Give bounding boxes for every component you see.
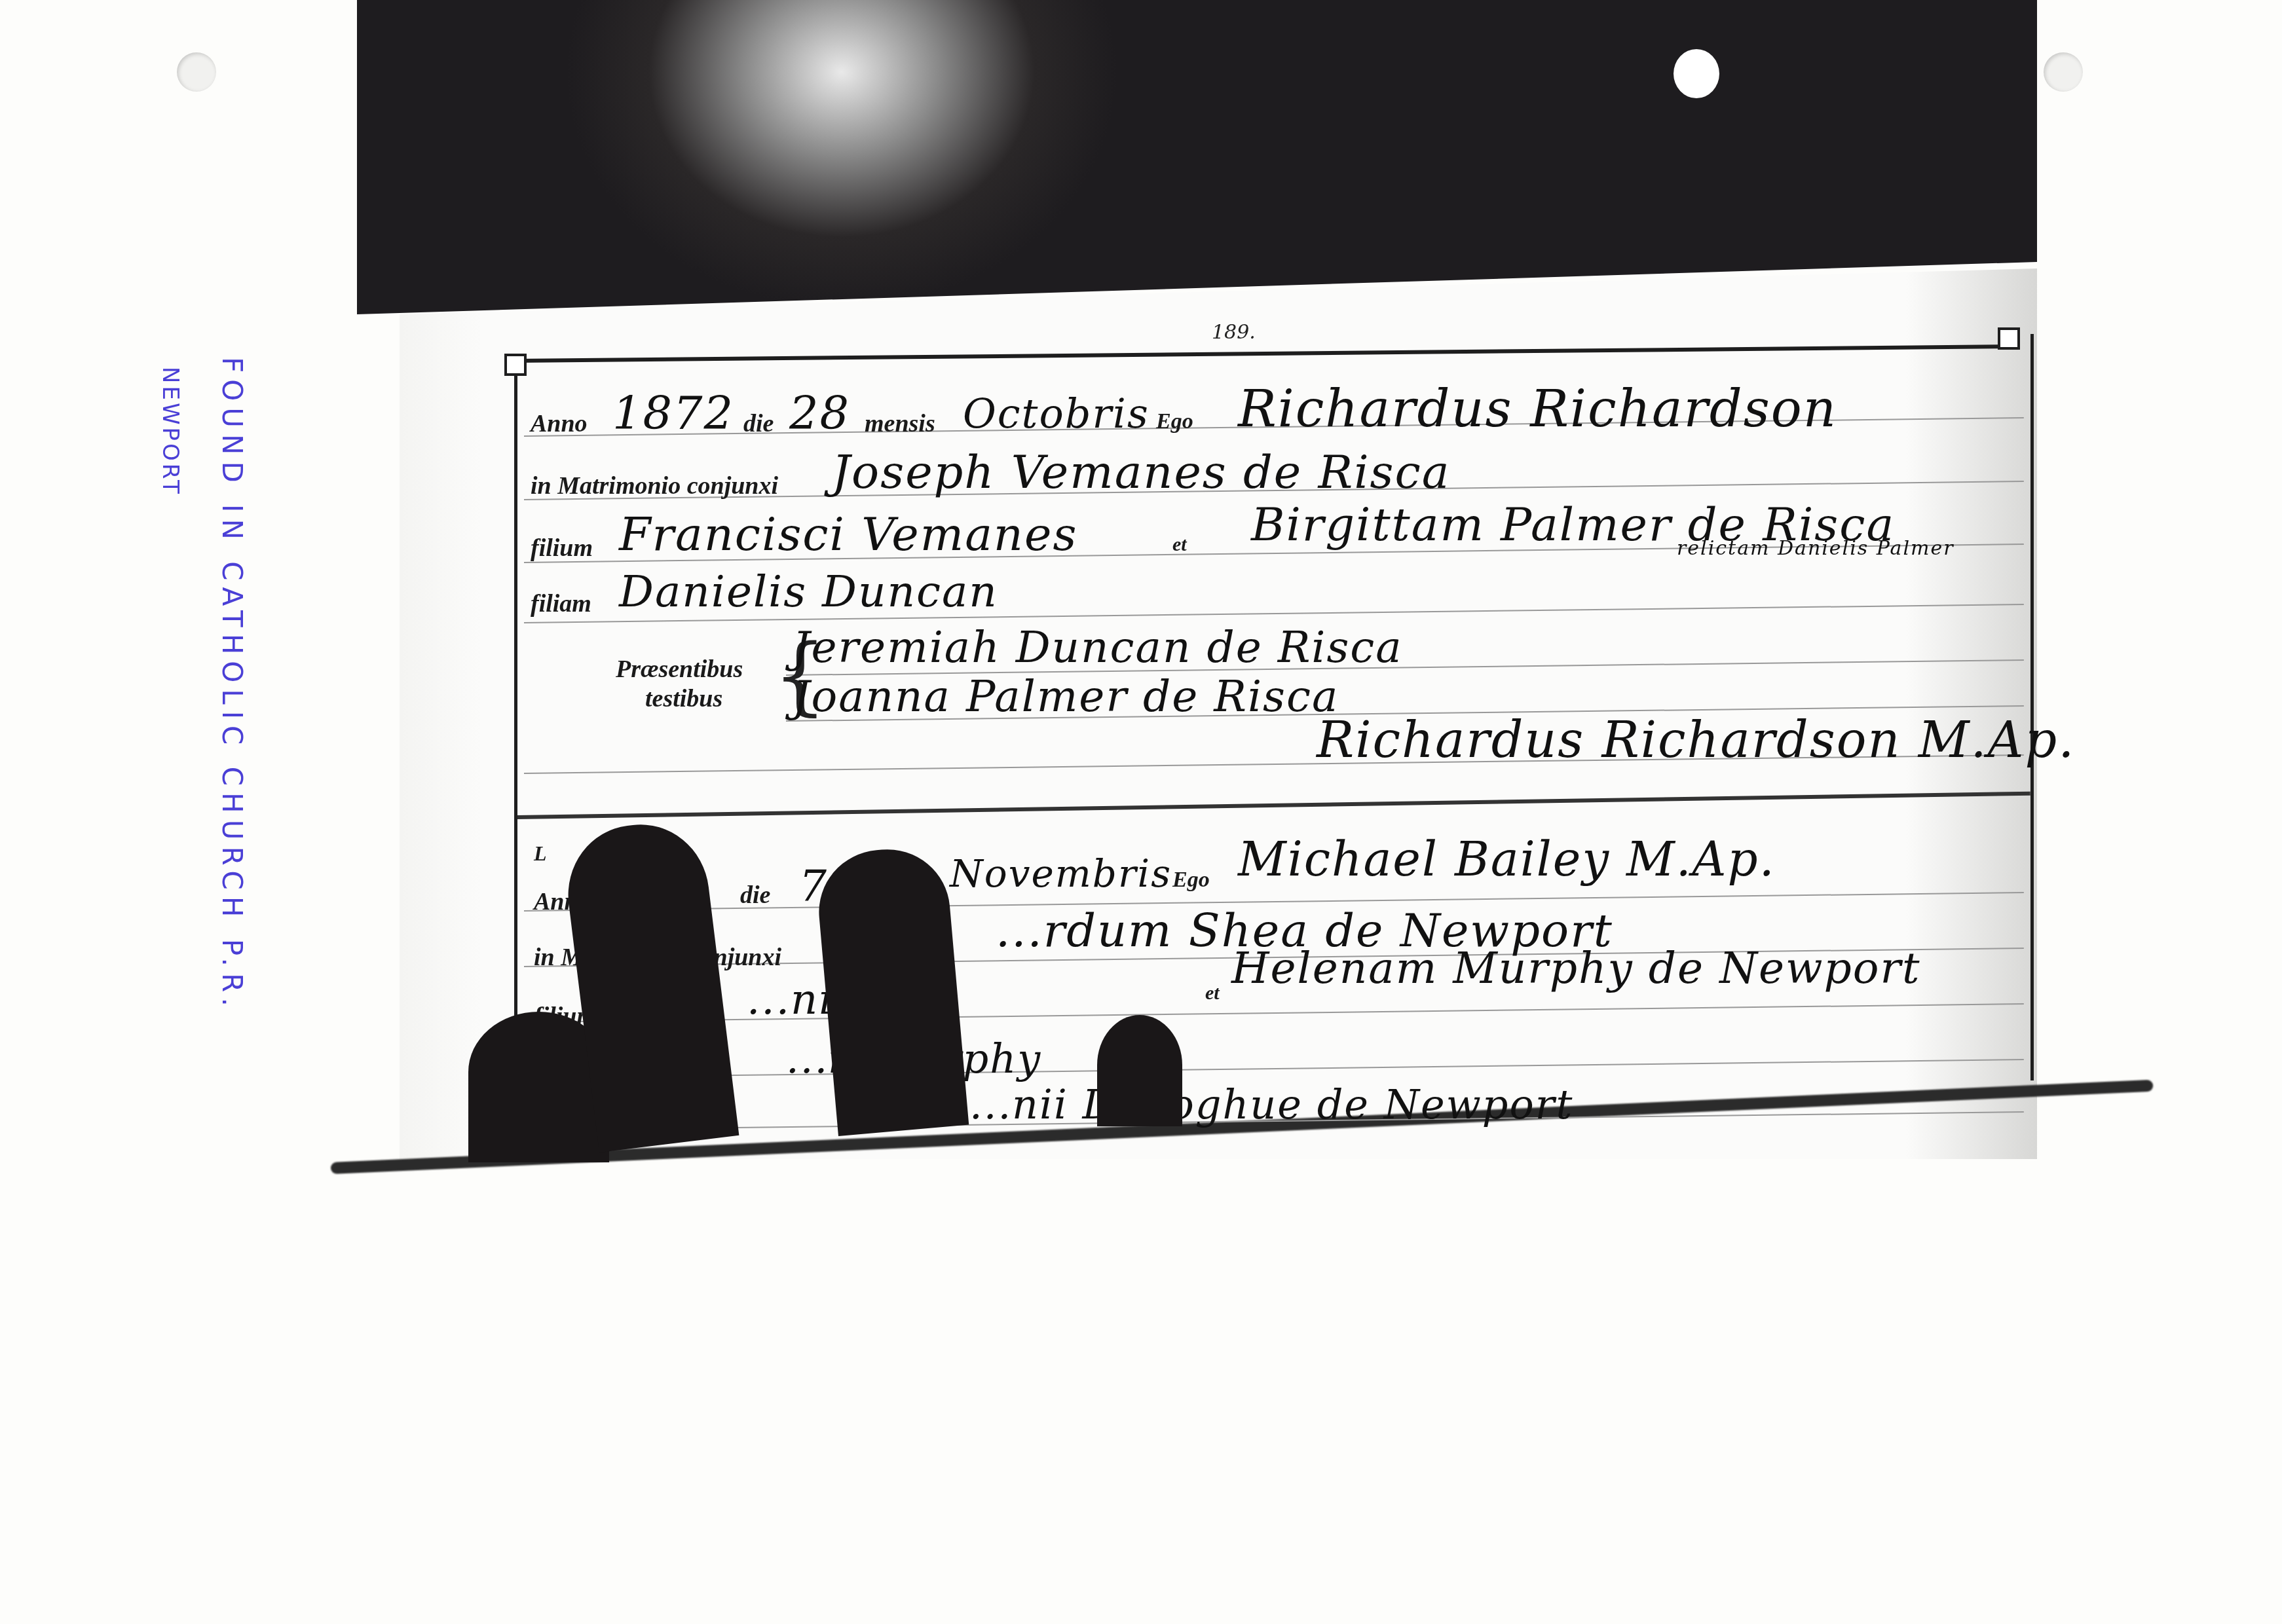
- entry1-witness2: Joanna Palmer de Risca: [793, 671, 1339, 722]
- label-mensis: mensis: [865, 409, 935, 438]
- punch-hole-left: [177, 52, 216, 92]
- label-testibus: testibus: [645, 684, 722, 713]
- label-anno: Anno: [531, 409, 588, 438]
- label-ego: Ego: [1172, 868, 1210, 893]
- label-filiam: filiam: [531, 589, 591, 618]
- entry2-margin-mark: L: [534, 841, 547, 866]
- label-filium: filium: [531, 534, 593, 563]
- label-die: die: [743, 409, 774, 438]
- label-et: et: [1172, 534, 1187, 556]
- page-number: 189.: [1212, 321, 1256, 344]
- frame-corner-ornament: [1998, 327, 2020, 350]
- finger-obstruction: [1097, 1015, 1182, 1126]
- label-et: et: [1205, 982, 1220, 1005]
- label-praesentibus: Præsentibus: [616, 655, 743, 684]
- annotation-newport: NEWPORT: [157, 367, 183, 496]
- entry1-month: Octobris: [963, 390, 1150, 437]
- entry1-groom: Joseph Vemanes de Risca: [832, 445, 1450, 499]
- entry2-officiant: Michael Bailey M.Ap.: [1238, 832, 1776, 887]
- frame-corner-ornament: [504, 354, 527, 376]
- entry2-witness1: ...nii Donoghue de Newport: [969, 1080, 1573, 1128]
- label-die: die: [740, 881, 770, 910]
- frame-right-line: [2030, 334, 2034, 1080]
- entry1-bride-father: Danielis Duncan: [619, 566, 998, 617]
- label-ego: Ego: [1156, 409, 1193, 434]
- entry1-groom-father: Francisci Vemanes: [619, 507, 1077, 561]
- annotation-found-in: FOUND IN CATHOLIC CHURCH P.R.: [216, 357, 248, 1013]
- punch-hole-right: [2044, 52, 2083, 92]
- finger-obstruction: [814, 844, 969, 1136]
- entry1-year: 1872: [612, 386, 734, 440]
- photo-background: [357, 0, 2037, 314]
- entry1-witness1: Jeremiah Duncan de Risca: [793, 622, 1403, 673]
- punch-hole-center: [1674, 49, 1719, 98]
- entry2-month: Novembris: [950, 851, 1172, 896]
- entry1-officiant: Richardus Richardson: [1238, 380, 1837, 439]
- entry1-day: 28: [789, 386, 850, 440]
- label-matrimonio: in Matrimonio conjunxi: [531, 471, 778, 500]
- entry2-bride: Helenam Murphy de Newport: [1231, 943, 1921, 993]
- entry1-bride-note: relictam Danielis Palmer: [1677, 537, 1955, 560]
- entry1-signature: Richardus Richardson M.Ap.: [1317, 710, 2075, 769]
